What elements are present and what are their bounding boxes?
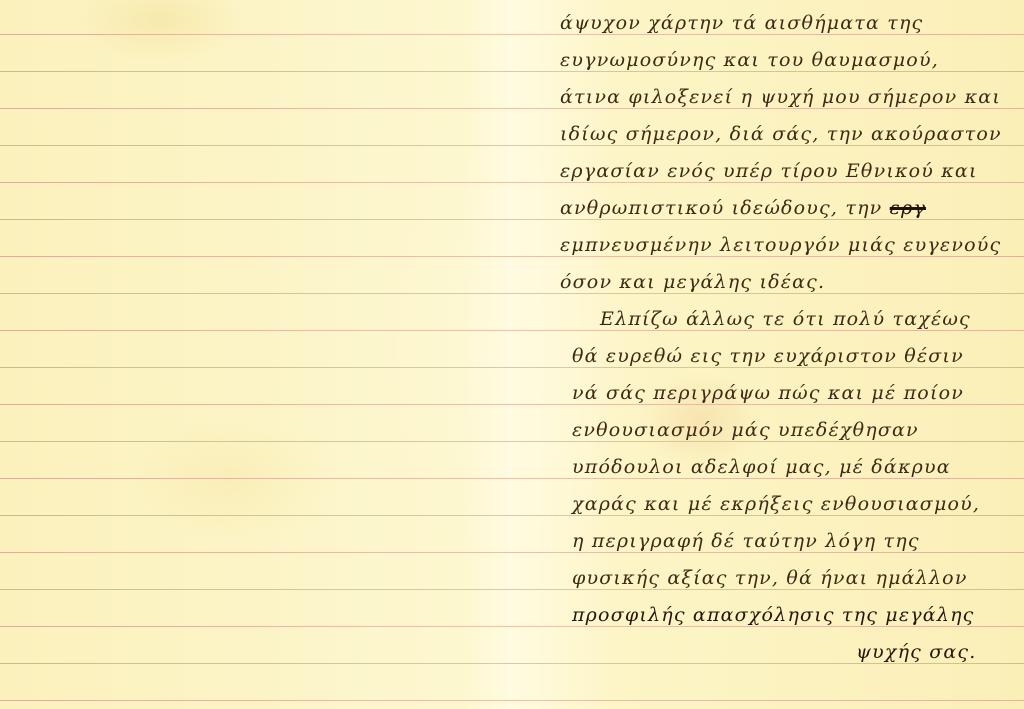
ruled-line bbox=[0, 663, 1024, 664]
text-line-11: νά σάς περιγράψω πώς και μέ ποίον bbox=[572, 382, 964, 404]
text-line-17: προσφιλής απασχόλησις της μεγάλης bbox=[572, 604, 975, 626]
text-line-4: ιδίως σήμερον, διά σάς, την ακούραστον bbox=[560, 123, 1002, 145]
ruled-line bbox=[0, 478, 1024, 479]
text-line-5: εργασίαν ενός υπέρ τίρου Εθνικού και bbox=[560, 160, 978, 182]
text-line-6: ανθρωπιστικού ιδεώδους, την εργ bbox=[560, 197, 926, 219]
ruled-line bbox=[0, 515, 1024, 516]
text-line-7: εμπνευσμένην λειτουργόν μιάς ευγενούς bbox=[560, 234, 1001, 256]
text-line-18-closing: ψυχής σας. bbox=[856, 641, 977, 663]
ruled-line bbox=[0, 367, 1024, 368]
ruled-line bbox=[0, 441, 1024, 442]
text-line-16: φυσικής αξίας την, θά ήναι ημάλλον bbox=[572, 567, 968, 589]
ruled-line bbox=[0, 700, 1024, 701]
text-line-13: υπόδουλοι αδελφοί μας, μέ δάκρυα bbox=[572, 456, 951, 478]
text-line-15: η περιγραφή δέ ταύτην λόγη της bbox=[572, 530, 920, 552]
text-line-1: άψυχον χάρτην τά αισθήματα της bbox=[560, 12, 923, 34]
text-line-8: όσον και μεγάλης ιδέας. bbox=[560, 271, 825, 293]
struck-out-word: εργ bbox=[890, 197, 926, 219]
ruled-line bbox=[0, 552, 1024, 553]
ruled-line bbox=[0, 589, 1024, 590]
text-line-3: άτινα φιλοξενεί η ψυχή μου σήμερον και bbox=[560, 86, 1001, 108]
ruled-line bbox=[0, 219, 1024, 220]
text-line-12: ενθουσιασμόν μάς υπεδέχθησαν bbox=[572, 419, 919, 441]
ruled-line bbox=[0, 404, 1024, 405]
ruled-line bbox=[0, 626, 1024, 627]
text-line-9-paragraph-start: Ελπίζω άλλως τε ότι πολύ ταχέως bbox=[600, 308, 971, 330]
paper-fold bbox=[508, 0, 512, 709]
ruled-line bbox=[0, 34, 1024, 35]
ruled-line bbox=[0, 182, 1024, 183]
text-line-6-words: ανθρωπιστικού ιδεώδους, την bbox=[560, 197, 882, 219]
letter-sheet: άψυχον χάρτην τά αισθήματα της ευγνωμοσύ… bbox=[0, 0, 1024, 709]
text-line-14: χαράς και μέ εκρήξεις ενθουσιασμού, bbox=[572, 493, 980, 515]
ruled-line bbox=[0, 71, 1024, 72]
ruled-line bbox=[0, 145, 1024, 146]
ruled-line bbox=[0, 293, 1024, 294]
text-line-2: ευγνωμοσύνης και του θαυμασμού, bbox=[560, 49, 939, 71]
ruled-line bbox=[0, 330, 1024, 331]
text-line-10: θά ευρεθώ εις την ευχάριστον θέσιν bbox=[572, 345, 964, 367]
ruled-line bbox=[0, 256, 1024, 257]
ruled-line bbox=[0, 108, 1024, 109]
